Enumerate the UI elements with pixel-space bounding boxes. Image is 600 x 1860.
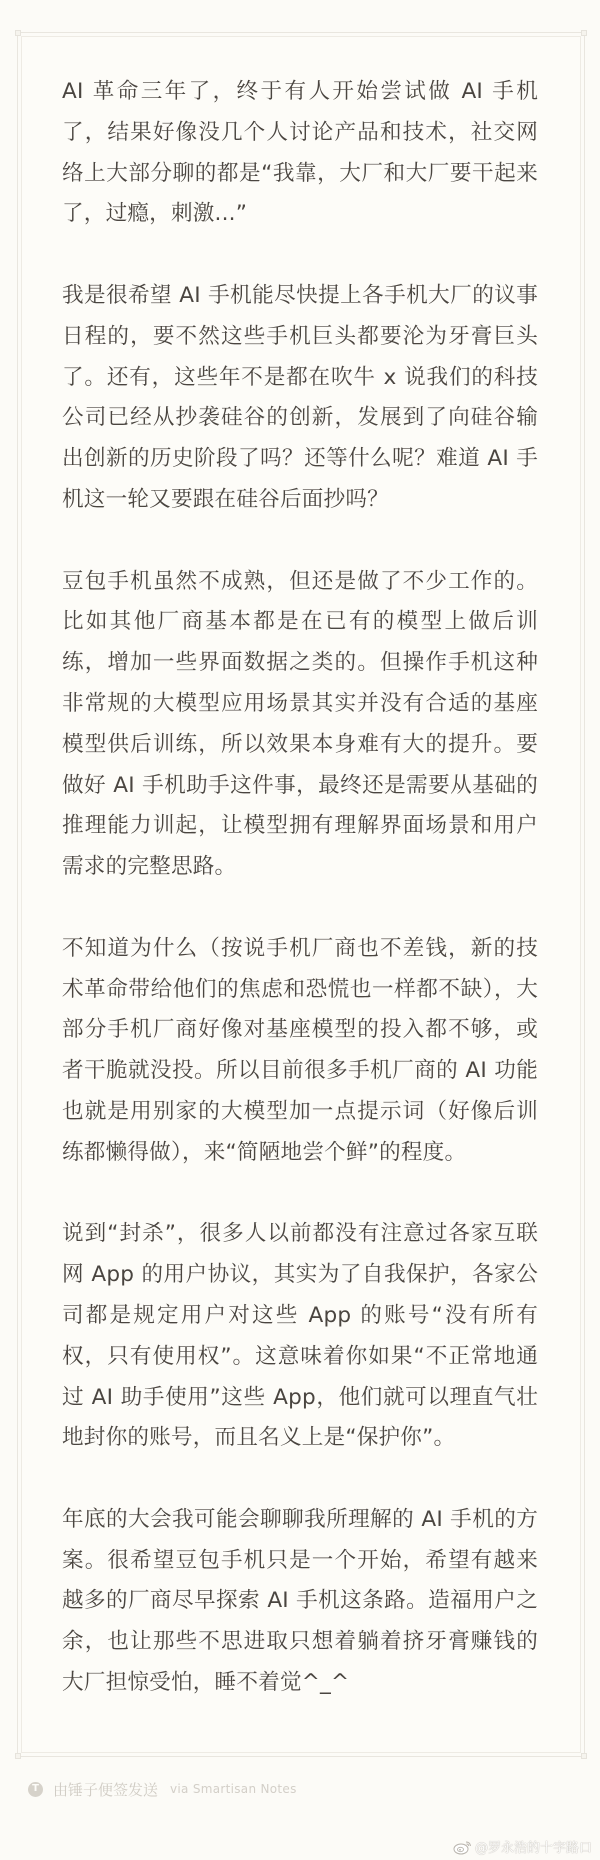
note-paragraph: 豆包手机虽然不成熟，但还是做了不少工作的。比如其他厂商基本都是在已有的模型上做后… (62, 562, 538, 888)
corner-ornament-top-left (15, 30, 21, 36)
corner-ornament-bottom-left (15, 1753, 21, 1759)
note-paragraph: 我是很希望 AI 手机能尽快提上各手机大厂的议事日程的，要不然这些手机巨头都要沦… (62, 276, 538, 521)
note-paragraph: 年底的大会我可能会聊聊我所理解的 AI 手机的方案。很希望豆包手机只是一个开始，… (62, 1500, 538, 1704)
sent-via-label-en: via Smartisan Notes (170, 1782, 297, 1796)
corner-ornament-top-right (581, 30, 587, 36)
note-paragraph: AI 革命三年了，终于有人开始尝试做 AI 手机了，结果好像没几个人讨论产品和技… (62, 72, 538, 235)
note-paragraph: 说到“封杀”，很多人以前都没有注意过各家互联网 App 的用户协议，其实为了自我… (62, 1214, 538, 1459)
weibo-icon (453, 1839, 473, 1855)
weibo-watermark: @罗永浩的十字路口 (453, 1837, 592, 1856)
sent-via-footer: T 由锤子便签发送 via Smartisan Notes (28, 1778, 297, 1800)
smartisan-t-icon: T (28, 1782, 43, 1797)
corner-ornament-bottom-right (581, 1753, 587, 1759)
note-paragraph: 不知道为什么（按说手机厂商也不差钱，新的技术革命带给他们的焦虑和恐慌也一样都不缺… (62, 929, 538, 1174)
watermark-handle: @罗永浩的十字路口 (475, 1837, 592, 1856)
sent-via-label-cn: 由锤子便签发送 (53, 1779, 158, 1800)
note-body: AI 革命三年了，终于有人开始尝试做 AI 手机了，结果好像没几个人讨论产品和技… (62, 72, 538, 1704)
